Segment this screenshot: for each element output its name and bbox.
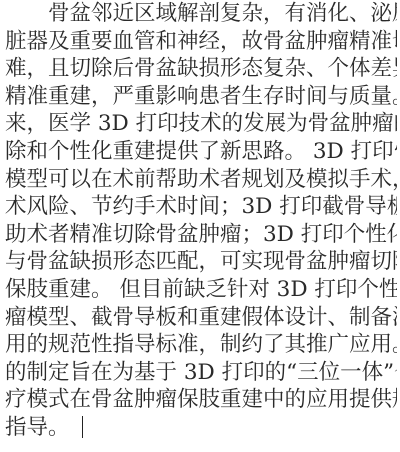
text-line: 用的规范性指导标准，制约了其推广应用。 本共识 [5, 331, 397, 359]
text-line: 模型可以在术前帮助术者规划及模拟手术，降低手 [5, 166, 397, 194]
text-line: 难，且切除后骨盆缺损形态复杂、个体差异大，难以 [5, 55, 397, 83]
text-line-last[interactable]: 指导。 [5, 414, 397, 442]
text-line: 脏器及重要血管和神经，故骨盆肿瘤精准切除困 [5, 28, 397, 56]
text-line: 术风险、节约手术时间；3D 打印截骨导板在术中辅 [5, 193, 397, 221]
text-line: 瘤模型、截骨导板和重建假体设计、制备流程及应 [5, 304, 397, 332]
text-line: 骨盆邻近区域解剖复杂，有消化、泌尿、生殖等 [5, 0, 397, 28]
text-line: 的制定旨在为基于 3D 打印的“三位一体”个性化治 [5, 359, 397, 387]
text-line: 助术者精准切除骨盆肿瘤；3D 打印个性化重建假体 [5, 221, 397, 249]
document-paragraph: 骨盆邻近区域解剖复杂，有消化、泌尿、生殖等 脏器及重要血管和神经，故骨盆肿瘤精准… [5, 0, 397, 442]
text-line-content: 指导。 [5, 415, 70, 440]
text-line: 疗模式在骨盆肿瘤保肢重建中的应用提供规范性 [5, 386, 397, 414]
text-line: 除和个性化重建提供了新思路。 3D 打印骨盆肿瘤 [5, 138, 397, 166]
text-line: 精准重建，严重影响患者生存时间与质量。 近年 [5, 83, 397, 111]
text-line: 来，医学 3D 打印技术的发展为骨盆肿瘤的精准切 [5, 110, 397, 138]
text-line: 保肢重建。 但目前缺乏针对 3D 打印个性化骨盆肿 [5, 276, 397, 304]
text-line: 与骨盆缺损形态匹配，可实现骨盆肿瘤切除后精准 [5, 248, 397, 276]
text-cursor [82, 416, 84, 438]
